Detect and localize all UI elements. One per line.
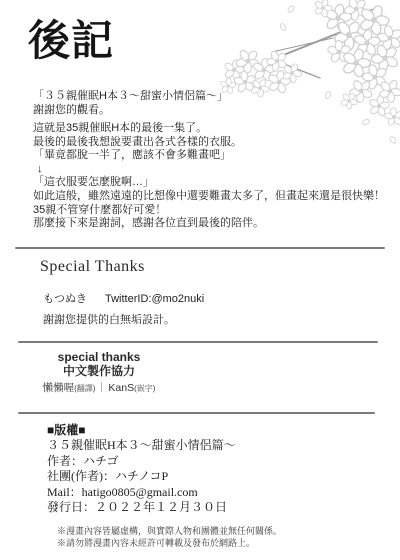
copyright-circle: 社團(作者)：ハチノコP xyxy=(47,469,236,484)
special-thanks-note: 謝謝您提供的白無垢設計。 xyxy=(43,311,175,327)
afterword-line: 「這衣服要怎麼脫啊…」 xyxy=(33,176,385,190)
copyright-author: 作者：ハチゴ xyxy=(47,454,236,469)
special-thanks-credit: もつぬきTwitterID:@mo2nuki xyxy=(43,290,204,306)
copyright-block: ■版權■ ３５親催眠H本３～甜蜜小情侶篇～ 作者：ハチゴ 社團(作者)：ハチノコ… xyxy=(47,423,236,515)
copyright-book-title: ３５親催眠H本３～甜蜜小情侶篇～ xyxy=(47,438,236,453)
intro-line: 「３５親催眠H本３～甜蜜小情侶篇～」 xyxy=(33,90,228,104)
down-arrow-glyph: ↓ xyxy=(33,163,385,177)
afterword-line: 那麼接下來是謝詞，感謝各位直到最後的陪伴。 xyxy=(33,217,385,231)
separator-line xyxy=(18,341,378,343)
afterword-line: 這就是35親催眠H本的最後一集了。 xyxy=(33,122,385,136)
afterword-line: 如此這般，雖然遠遠的比想像中還要難畫太多了，但畫起來還是很快樂！ xyxy=(33,190,385,204)
thanked-person-name: もつぬき xyxy=(43,293,87,305)
typesetter-role: (嵌字) xyxy=(134,384,155,393)
copyright-heading: ■版權■ xyxy=(47,423,236,438)
intro-paragraph: 「３５親催眠H本３～甜蜜小情侶篇～」 謝謝您的觀看。 xyxy=(33,90,228,117)
copyright-date: 發行日：２０２２年１２月３０日 xyxy=(47,500,236,515)
special-thanks-heading: Special Thanks xyxy=(40,258,145,276)
afterword-line: 「畢竟都脫一半了，應該不會多難畫吧」 xyxy=(33,149,385,163)
disclaimer-block: ※漫畫內容皆屬虛構，與實際人物和團體並無任何關係。 ※請勿將漫畫內容未經許可轉載… xyxy=(57,526,282,549)
chinese-credits-block: special thanks 中文製作協力 懶懶喔(翻譯)KanS(嵌字) xyxy=(28,351,170,395)
separator-line xyxy=(15,247,385,249)
afterword-line: 最後的最後我想說要畫出各式各樣的衣服。 xyxy=(33,136,385,150)
afterword-page: { "page": { "title": "後記", "colors": { "… xyxy=(0,0,400,560)
copyright-mail: Mail：hatigo0805@gmail.com xyxy=(47,485,236,500)
disclaimer-line: ※漫畫內容皆屬虛構，與實際人物和團體並無任何關係。 xyxy=(57,526,282,538)
afterword-line: 35親不管穿什麼都好可愛！ xyxy=(33,204,385,218)
chinese-credits-subheading: 中文製作協力 xyxy=(28,364,170,378)
intro-line: 謝謝您的觀看。 xyxy=(33,104,228,118)
page-title: 後記 xyxy=(28,20,114,64)
chinese-credits-heading: special thanks xyxy=(28,351,170,364)
disclaimer-line: ※請勿將漫畫內容未經許可轉載及發布於網路上。 xyxy=(57,538,282,550)
twitter-id: TwitterID:@mo2nuki xyxy=(105,293,204,305)
typesetter-name: KanS xyxy=(108,382,134,394)
credit-divider xyxy=(101,382,102,392)
translator-role: (翻譯) xyxy=(74,384,95,393)
separator-line xyxy=(18,412,375,414)
afterword-paragraph: 這就是35親催眠H本的最後一集了。 最後的最後我想說要畫出各式各樣的衣服。 「畢… xyxy=(33,122,385,231)
translator-name: 懶懶喔 xyxy=(43,382,75,394)
chinese-credits-names: 懶懶喔(翻譯)KanS(嵌字) xyxy=(28,380,170,395)
